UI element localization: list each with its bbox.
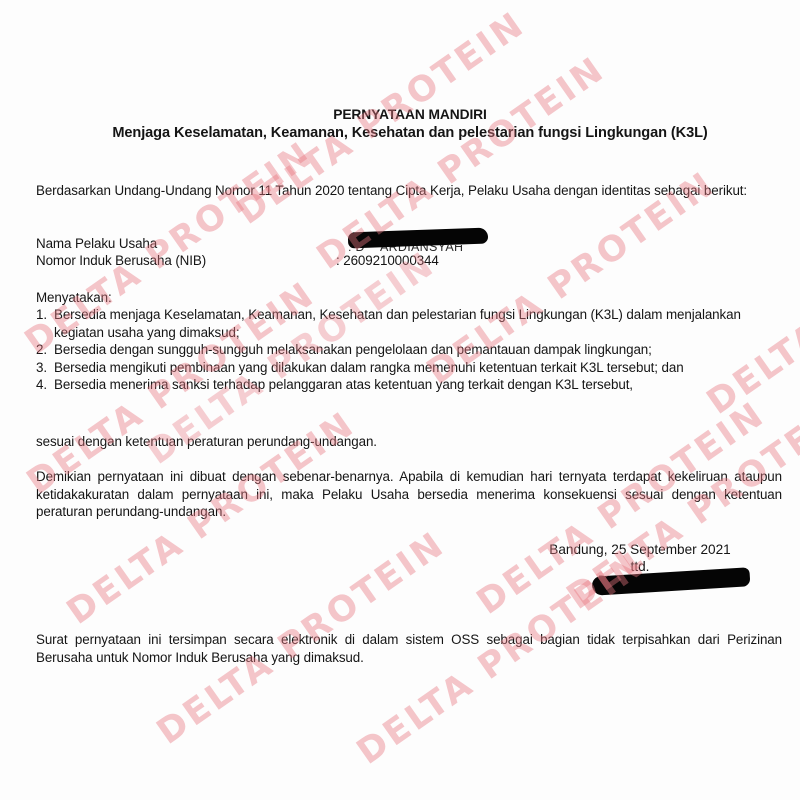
list-number: 3. (36, 359, 47, 377)
place-date: Bandung, 25 September 2021 (530, 541, 750, 558)
list-item: 2. Bersedia dengan sungguh-sungguh melak… (36, 341, 786, 359)
list-text: Bersedia menjaga Keselamatan, Keamanan, … (54, 307, 741, 340)
list-item: 1. Bersedia menjaga Keselamatan, Keamana… (36, 306, 786, 341)
list-text: Bersedia menerima sanksi terhadap pelang… (54, 377, 633, 392)
document-page: PERNYATAAN MANDIRI Menjaga Keselamatan, … (0, 0, 800, 800)
list-text: Bersedia mengikuti pembinaan yang dilaku… (54, 360, 684, 375)
identity-row-nib: Nomor Induk Berusaha (NIB) : 26092100003… (36, 252, 782, 269)
list-number: 4. (36, 376, 47, 394)
list-item: 4. Bersedia menerima sanksi terhadap pel… (36, 376, 786, 394)
list-text: Bersedia dengan sungguh-sungguh melaksan… (54, 342, 652, 357)
identity-label: Nomor Induk Berusaha (NIB) (36, 252, 206, 270)
declare-label: Menyatakan: (36, 289, 112, 307)
list-number: 2. (36, 341, 47, 359)
list-number: 1. (36, 306, 47, 324)
identity-label: Nama Pelaku Usaha (36, 235, 157, 253)
nib-value: : 2609210000344 (336, 252, 439, 270)
document-subtitle: Menjaga Keselamatan, Keamanan, Kesehatan… (36, 125, 784, 143)
declaration-paragraph: Demikian pernyataan ini dibuat dengan se… (36, 468, 782, 521)
intro-paragraph: Berdasarkan Undang-Undang Nomor 11 Tahun… (36, 182, 782, 200)
statement-list: 1. Bersedia menjaga Keselamatan, Keamana… (36, 306, 786, 394)
list-item: 3. Bersedia mengikuti pembinaan yang dil… (36, 359, 786, 377)
document-title: PERNYATAAN MANDIRI (36, 106, 784, 124)
closing-rule-text: sesuai dengan ketentuan peraturan perund… (36, 433, 782, 451)
footer-note: Surat pernyataan ini tersimpan secara el… (36, 631, 782, 666)
